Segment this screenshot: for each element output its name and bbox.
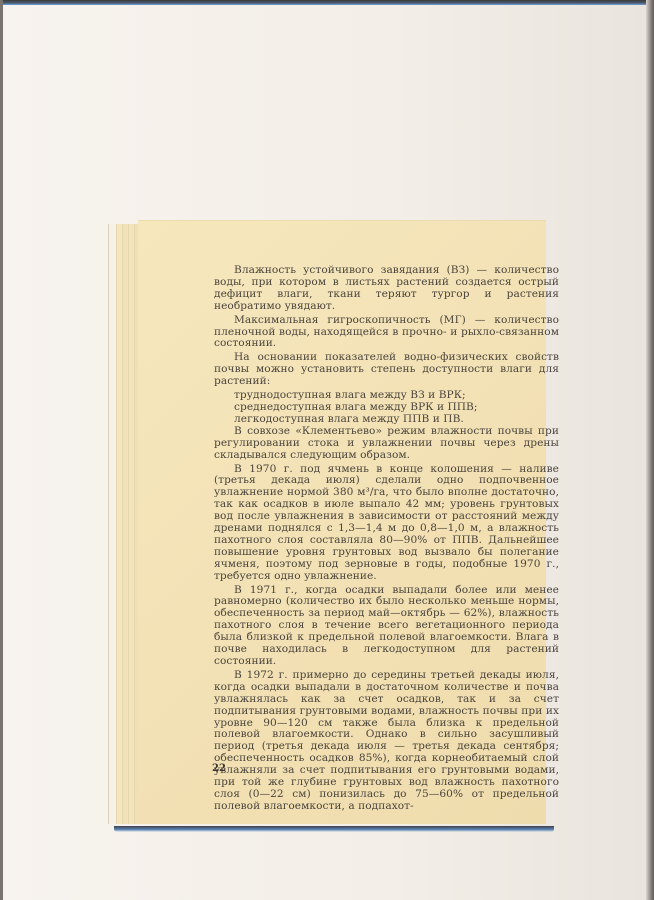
paragraph-vz-definition: Влажность устойчивого завядания (ВЗ) — к… bbox=[214, 265, 559, 313]
list-item: легкодоступная влага между ППВ и ПВ. bbox=[234, 414, 559, 426]
scanner-edge-right bbox=[646, 0, 654, 900]
paragraph-availability-intro: На основании показателей водно-физически… bbox=[214, 352, 559, 388]
paragraph-1970: В 1970 г. под ячмень в конце колошения —… bbox=[214, 464, 559, 583]
paragraph-1972: В 1972 г. примерно до середины третьей д… bbox=[214, 670, 559, 813]
page-number: 22 bbox=[212, 763, 226, 774]
scanner-edge-top bbox=[0, 0, 654, 5]
paragraph-1971: В 1971 г., когда осадки выпадали более и… bbox=[214, 585, 559, 668]
book: Влажность устойчивого завядания (ВЗ) — к… bbox=[108, 220, 546, 830]
availability-list: труднодоступная влага между ВЗ и ВРК; ср… bbox=[214, 390, 559, 426]
page-text: Влажность устойчивого завядания (ВЗ) — к… bbox=[214, 265, 559, 815]
paragraph-klementyevo: В совхозе «Клементьево» режим влажности … bbox=[214, 426, 559, 462]
book-page: Влажность устойчивого завядания (ВЗ) — к… bbox=[138, 220, 546, 824]
paragraph-mg-definition: Максимальная гигроскопичность (МГ) — кол… bbox=[214, 315, 559, 351]
book-shadow bbox=[114, 826, 554, 832]
scanner-edge-left bbox=[0, 0, 3, 900]
